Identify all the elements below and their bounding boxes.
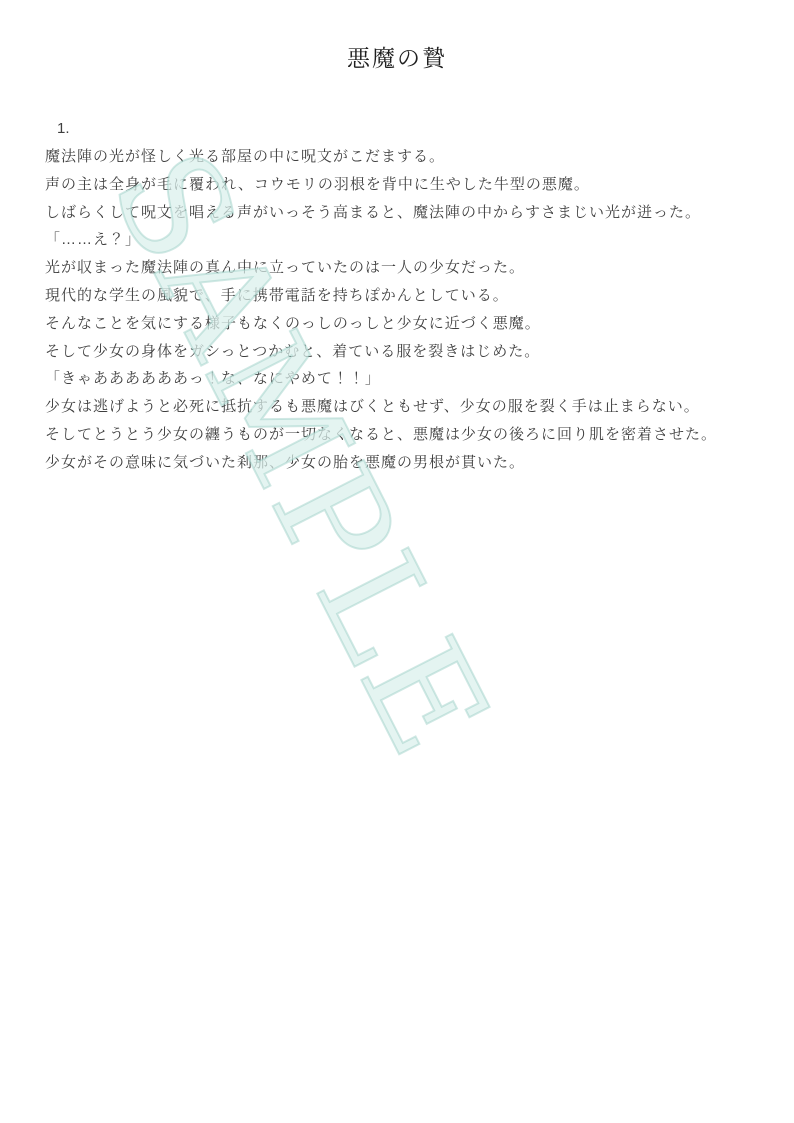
section-number: 1. <box>57 120 70 137</box>
paragraph: 光が収まった魔法陣の真ん中に立っていたのは一人の少女だった。 <box>45 260 778 275</box>
document-page: 悪魔の贄 1. 魔法陣の光が怪しく光る部屋の中に呪文がこだまする。 声の主は全身… <box>0 0 794 1123</box>
paragraph: そして少女の身体をガシっとつかむと、着ている服を裂きはじめた。 <box>45 344 778 359</box>
paragraph: 魔法陣の光が怪しく光る部屋の中に呪文がこだまする。 <box>45 149 778 164</box>
paragraph: 現代的な学生の風貌で、手に携帯電話を持ちぽかんとしている。 <box>45 288 778 303</box>
paragraph: 少女がその意味に気づいた刹那、少女の胎を悪魔の男根が貫いた。 <box>45 455 778 470</box>
paragraph: そしてとうとう少女の纏うものが一切なくなると、悪魔は少女の後ろに回り肌を密着させ… <box>45 427 778 442</box>
paragraph: 「きゃああああああっ！な、なにやめて！！」 <box>45 371 778 386</box>
paragraph: 「……え？」 <box>45 232 778 247</box>
paragraph: 声の主は全身が毛に覆われ、コウモリの羽根を背中に生やした牛型の悪魔。 <box>45 177 778 192</box>
paragraph: しばらくして呪文を唱える声がいっそう高まると、魔法陣の中からすさまじい光が迸った… <box>45 205 778 220</box>
body-text: 魔法陣の光が怪しく光る部屋の中に呪文がこだまする。 声の主は全身が毛に覆われ、コ… <box>45 149 778 483</box>
page-title: 悪魔の贄 <box>0 40 794 73</box>
paragraph: そんなことを気にする様子もなくのっしのっしと少女に近づく悪魔。 <box>45 316 778 331</box>
paragraph: 少女は逃げようと必死に抵抗するも悪魔はびくともせず、少女の服を裂く手は止まらない… <box>45 399 778 414</box>
